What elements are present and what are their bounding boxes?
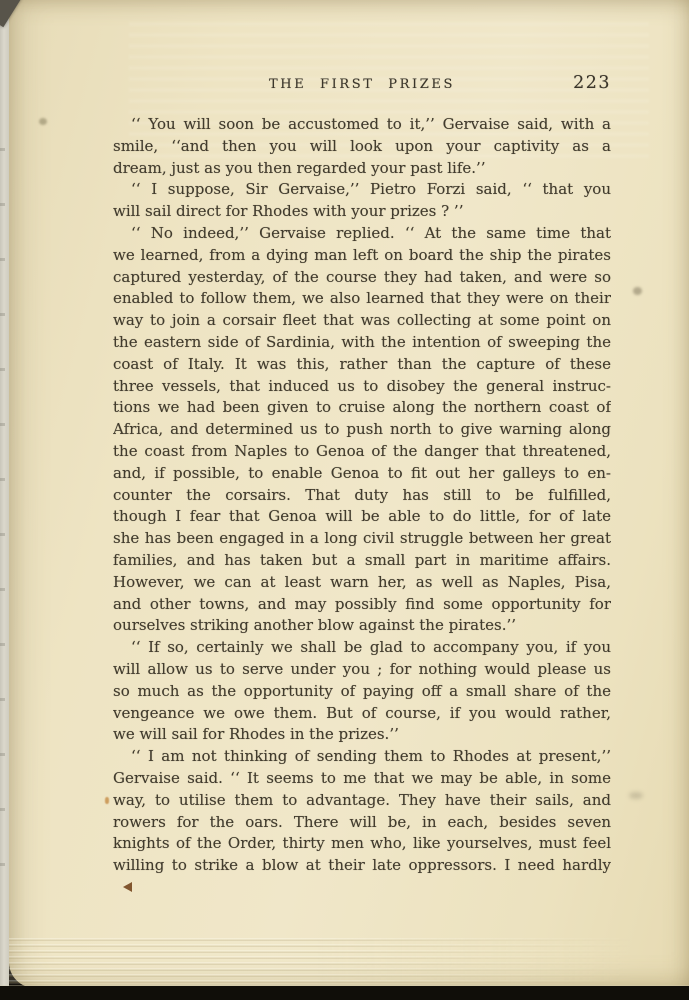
text-line: willing to strike a blow at their late o… (113, 855, 611, 877)
text-line: the eastern side of Sardinia, with the i… (113, 332, 611, 354)
text-line: will allow us to serve under you ; for n… (113, 659, 611, 681)
text-line: However, we can at least warn her, as we… (113, 572, 611, 594)
running-title: THE FIRST PRIZES (113, 77, 611, 92)
text-line: ‘‘ If so, certainly we shall be glad to … (113, 637, 611, 659)
paragraph: ‘‘ I am not thinking of sending them to … (113, 746, 611, 877)
text-line: she has been engaged in a long civil str… (113, 528, 611, 550)
paper-stain (39, 118, 47, 125)
text-line: smile, ‘‘and then you will look upon you… (113, 136, 611, 158)
text-line: we will sail for Rhodes in the prizes.’’ (113, 724, 611, 746)
text-line: ‘‘ No indeed,’’ Gervaise replied. ‘‘ At … (113, 223, 611, 245)
text-line: the coast from Naples to Genoa of the da… (113, 441, 611, 463)
text-line: tions we had been given to cruise along … (113, 397, 611, 419)
paper-smudge (629, 792, 643, 799)
text-line: ‘‘ I am not thinking of sending them to … (113, 746, 611, 768)
page-header: THE FIRST PRIZES 223 (113, 77, 611, 97)
text-line: knights of the Order, thirty men who, li… (113, 833, 611, 855)
margin-arrow-icon (123, 882, 132, 892)
facing-page-edge (0, 0, 9, 988)
text-line: way to join a corsair fleet that was col… (113, 310, 611, 332)
paragraph: ‘‘ If so, certainly we shall be glad to … (113, 637, 611, 746)
text-line: Africa, and determined us to push north … (113, 419, 611, 441)
paragraph: ‘‘ No indeed,’’ Gervaise replied. ‘‘ At … (113, 223, 611, 637)
paragraph: ‘‘ I suppose, Sir Gervaise,’’ Pietro For… (113, 179, 611, 223)
text-line: way, to utilise them to advantage. They … (113, 790, 611, 812)
book-cover-strip (0, 986, 689, 1000)
text-line: coast of Italy. It was this, rather than… (113, 354, 611, 376)
text-line: three vessels, that induced us to disobe… (113, 376, 611, 398)
text-line: so much as the opportunity of paying off… (113, 681, 611, 703)
text-line: ‘‘ You will soon be accustomed to it,’’ … (113, 114, 611, 136)
text-line: ourselves striking another blow against … (113, 615, 611, 637)
scanned-book-photo: THE FIRST PRIZES 223 ‘‘ You will soon be… (0, 0, 689, 1000)
text-line: vengeance we owe them. But of course, if… (113, 703, 611, 725)
text-line: rowers for the oars. There will be, in e… (113, 812, 611, 834)
paragraph: ‘‘ You will soon be accustomed to it,’’ … (113, 114, 611, 179)
text-line: and, if possible, to enable Genoa to fit… (113, 463, 611, 485)
paper-stain (633, 287, 642, 295)
text-line: Gervaise said. ‘‘ It seems to me that we… (113, 768, 611, 790)
text-line: dream, just as you then regarded your pa… (113, 158, 611, 180)
facing-page-text-fragments (0, 110, 5, 870)
ink-speck (105, 797, 109, 804)
text-line: counter the corsairs. That duty has stil… (113, 485, 611, 507)
page-number: 223 (573, 73, 611, 93)
text-line: captured yesterday, of the course they h… (113, 267, 611, 289)
text-line: we learned, from a dying man left on boa… (113, 245, 611, 267)
text-line: and other towns, and may possibly find s… (113, 594, 611, 616)
text-line: ‘‘ I suppose, Sir Gervaise,’’ Pietro For… (113, 179, 611, 201)
text-line: families, and has taken but a small part… (113, 550, 611, 572)
text-line: though I fear that Genoa will be able to… (113, 506, 611, 528)
text-line: enabled to follow them, we also learned … (113, 288, 611, 310)
page-stack-edges (9, 938, 689, 984)
text-line: will sail direct for Rhodes with your pr… (113, 201, 611, 223)
page-body: ‘‘ You will soon be accustomed to it,’’ … (113, 114, 611, 877)
book-page: THE FIRST PRIZES 223 ‘‘ You will soon be… (9, 0, 689, 988)
